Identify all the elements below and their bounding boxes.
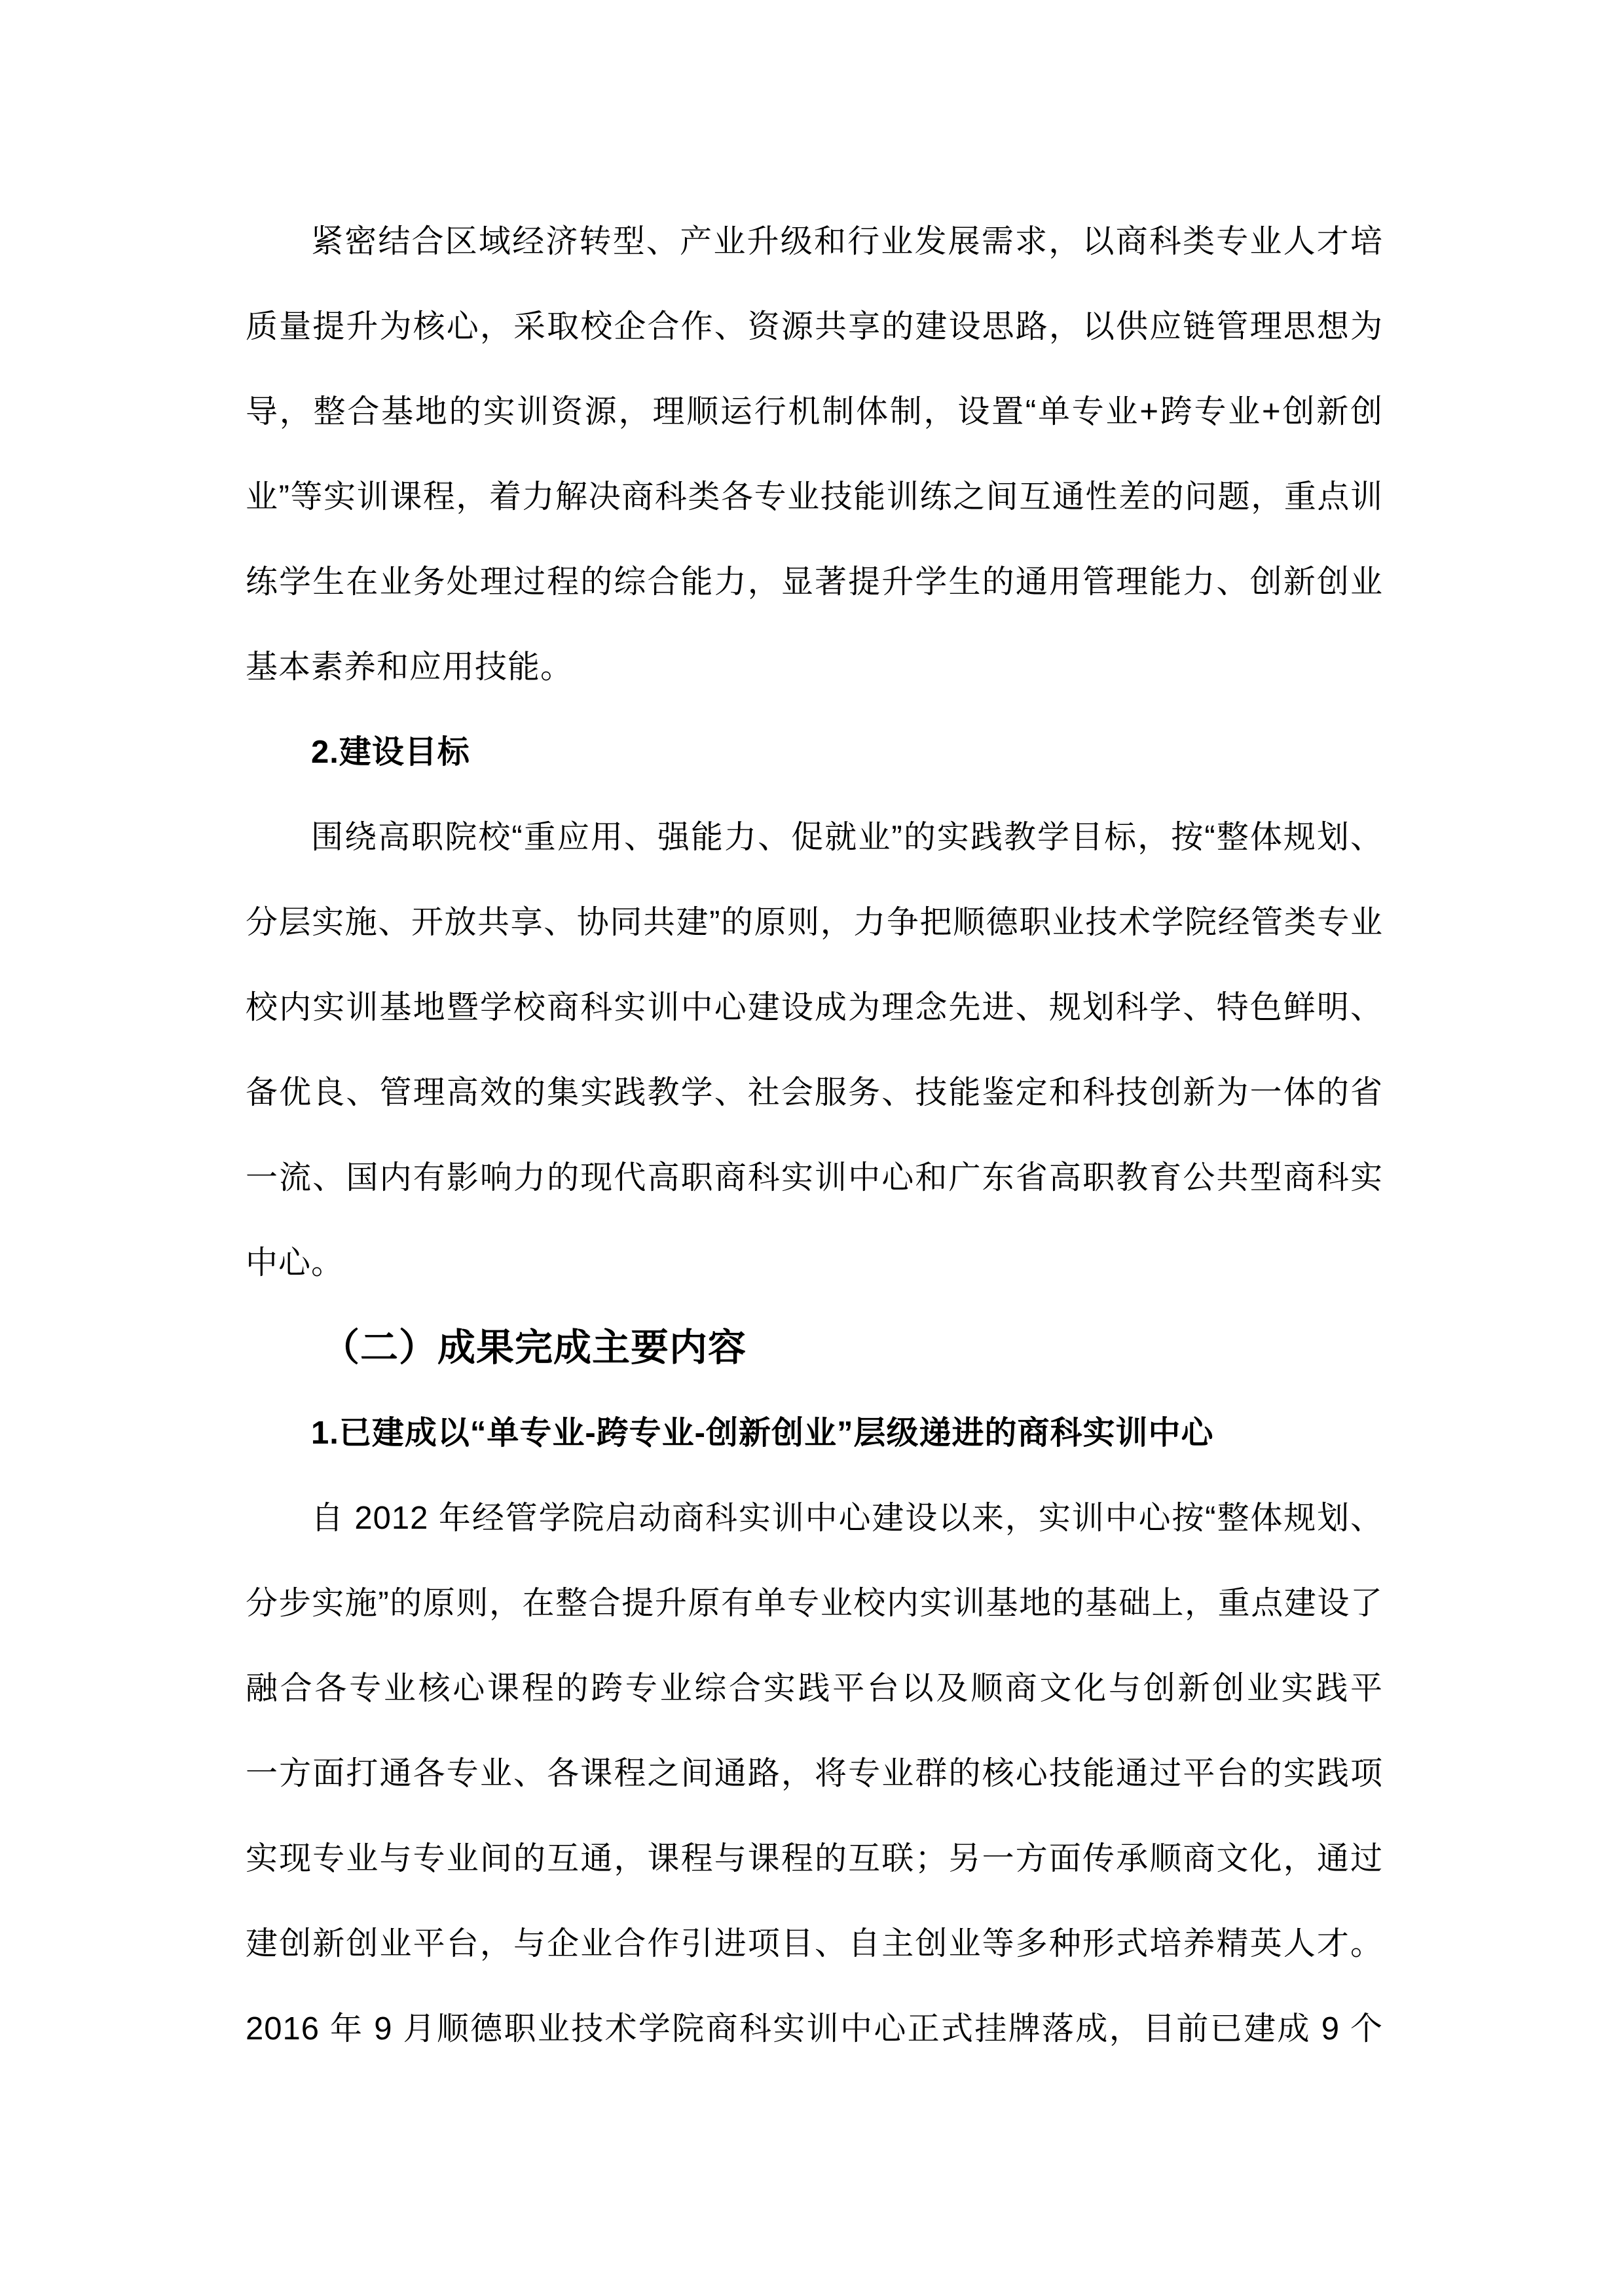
text-line: 实现专业与专业间的互通，课程与课程的互联；另一方面传承顺商文化，通过搭 — [246, 1816, 1383, 1901]
text-line: 业”等实训课程，着力解决商科类各专业技能训练之间互通性差的问题，重点训 — [246, 454, 1383, 539]
text-line: 练学生在业务处理过程的综合能力，显著提升学生的通用管理能力、创新创业的 — [246, 539, 1383, 625]
text-line: 导，整合基地的实训资源，理顺运行机制体制，设置“单专业+跨专业+创新创 — [246, 369, 1383, 454]
document-body: 紧密结合区域经济转型、产业升级和行业发展需求，以商科类专业人才培养质量提升为核心… — [246, 199, 1383, 2071]
text-line: 紧密结合区域经济转型、产业升级和行业发展需求，以商科类专业人才培养 — [246, 199, 1383, 284]
heading-line: （二）成果完成主要内容 — [246, 1305, 1383, 1391]
text-line: 自 2012 年经管学院启动商科实训中心建设以来，实训中心按“整体规划、 — [246, 1476, 1383, 1561]
text-line: 一流、国内有影响力的现代高职商科实训中心和广东省高职教育公共型商科实训 — [246, 1135, 1383, 1220]
text-line: 融合各专业核心课程的跨专业综合实践平台以及顺商文化与创新创业实践平台， — [246, 1646, 1383, 1731]
text-line: 建创新创业平台，与企业合作引进项目、自主创业等多种形式培养精英人才。 — [246, 1901, 1383, 1986]
text-line: 中心。 — [246, 1220, 1383, 1305]
heading-line: 2.建设目标 — [246, 710, 1383, 795]
text-line: 围绕高职院校“重应用、强能力、促就业”的实践教学目标，按“整体规划、 — [246, 795, 1383, 880]
text-line: 校内实训基地暨学校商科实训中心建设成为理念先进、规划科学、特色鲜明、设 — [246, 965, 1383, 1050]
document-page: 紧密结合区域经济转型、产业升级和行业发展需求，以商科类专业人才培养质量提升为核心… — [0, 0, 1624, 2296]
text-line: 分层实施、开放共享、协同共建”的原则，力争把顺德职业技术学院经管类专业 — [246, 880, 1383, 965]
text-line: 分步实施”的原则，在整合提升原有单专业校内实训基地的基础上，重点建设了 — [246, 1561, 1383, 1646]
text-line: 基本素养和应用技能。 — [246, 625, 1383, 710]
text-line: 质量提升为核心，采取校企合作、资源共享的建设思路，以供应链管理思想为指 — [246, 284, 1383, 369]
heading-line: 1.已建成以“单专业-跨专业-创新创业”层级递进的商科实训中心 — [246, 1391, 1383, 1476]
text-line: 备优良、管理高效的集实践教学、社会服务、技能鉴定和科技创新为一体的省内 — [246, 1050, 1383, 1135]
text-line: 2016 年 9 月顺德职业技术学院商科实训中心正式挂牌落成，目前已建成 9 个… — [246, 1986, 1383, 2071]
text-line: 一方面打通各专业、各课程之间通路，将专业群的核心技能通过平台的实践项目 — [246, 1731, 1383, 1816]
